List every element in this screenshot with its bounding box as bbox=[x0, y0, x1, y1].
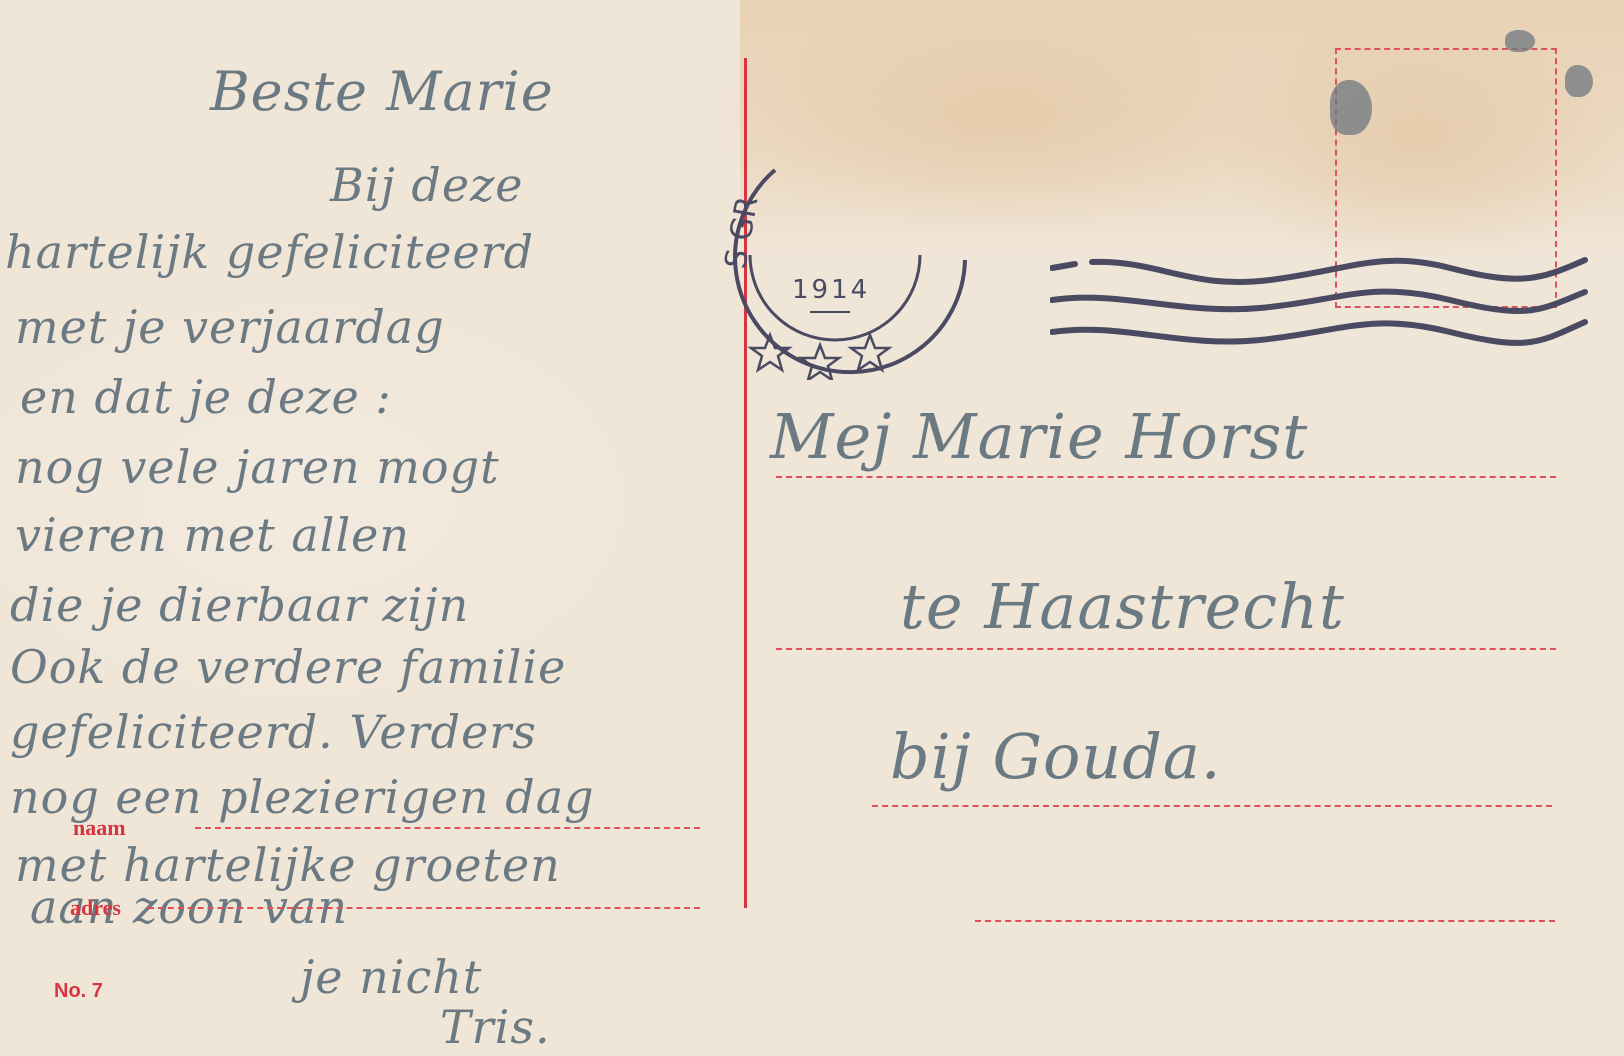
svg-text:1914: 1914 bbox=[792, 275, 870, 305]
postmark-icon: S GR 1914 bbox=[690, 130, 990, 380]
cancellation-waves-icon bbox=[1050, 250, 1590, 360]
postcard-back: Beste Marie Bij deze hartelijk gefelicit… bbox=[0, 0, 1624, 1056]
address-line-4 bbox=[975, 920, 1555, 922]
recipient-name: Mej Marie Horst bbox=[770, 400, 1308, 473]
message-line-6: vieren met allen bbox=[15, 508, 410, 562]
message-line-3: met je verjaardag bbox=[15, 300, 445, 354]
ink-blot bbox=[1565, 65, 1593, 97]
message-line-1: Bij deze bbox=[330, 158, 524, 212]
recipient-region: bij Gouda. bbox=[890, 720, 1222, 793]
address-line-3 bbox=[872, 805, 1552, 807]
address-label: adres bbox=[70, 895, 121, 921]
greeting: Beste Marie bbox=[210, 60, 554, 123]
address-line-2 bbox=[776, 648, 1556, 650]
ink-blot bbox=[1330, 80, 1372, 135]
card-number: No. 7 bbox=[54, 980, 103, 1003]
name-line bbox=[195, 827, 700, 829]
message-line-8: Ook de verdere familie bbox=[10, 640, 566, 694]
closing: je nicht bbox=[300, 950, 482, 1004]
message-line-2: hartelijk gefeliciteerd bbox=[5, 225, 534, 279]
ink-blot bbox=[1505, 30, 1535, 52]
recipient-town: te Haastrecht bbox=[900, 570, 1345, 643]
message-line-7: die je dierbaar zijn bbox=[10, 578, 469, 632]
address-line-1 bbox=[776, 476, 1556, 478]
name-label: naam bbox=[73, 815, 126, 841]
message-line-9: gefeliciteerd. Verders bbox=[10, 705, 537, 759]
message-line-5: nog vele jaren mogt bbox=[15, 440, 500, 494]
address-line bbox=[148, 907, 700, 909]
svg-text:S GR: S GR bbox=[718, 194, 765, 272]
signature: Tris. bbox=[440, 1000, 551, 1054]
message-line-4: en dat je deze : bbox=[20, 370, 392, 424]
